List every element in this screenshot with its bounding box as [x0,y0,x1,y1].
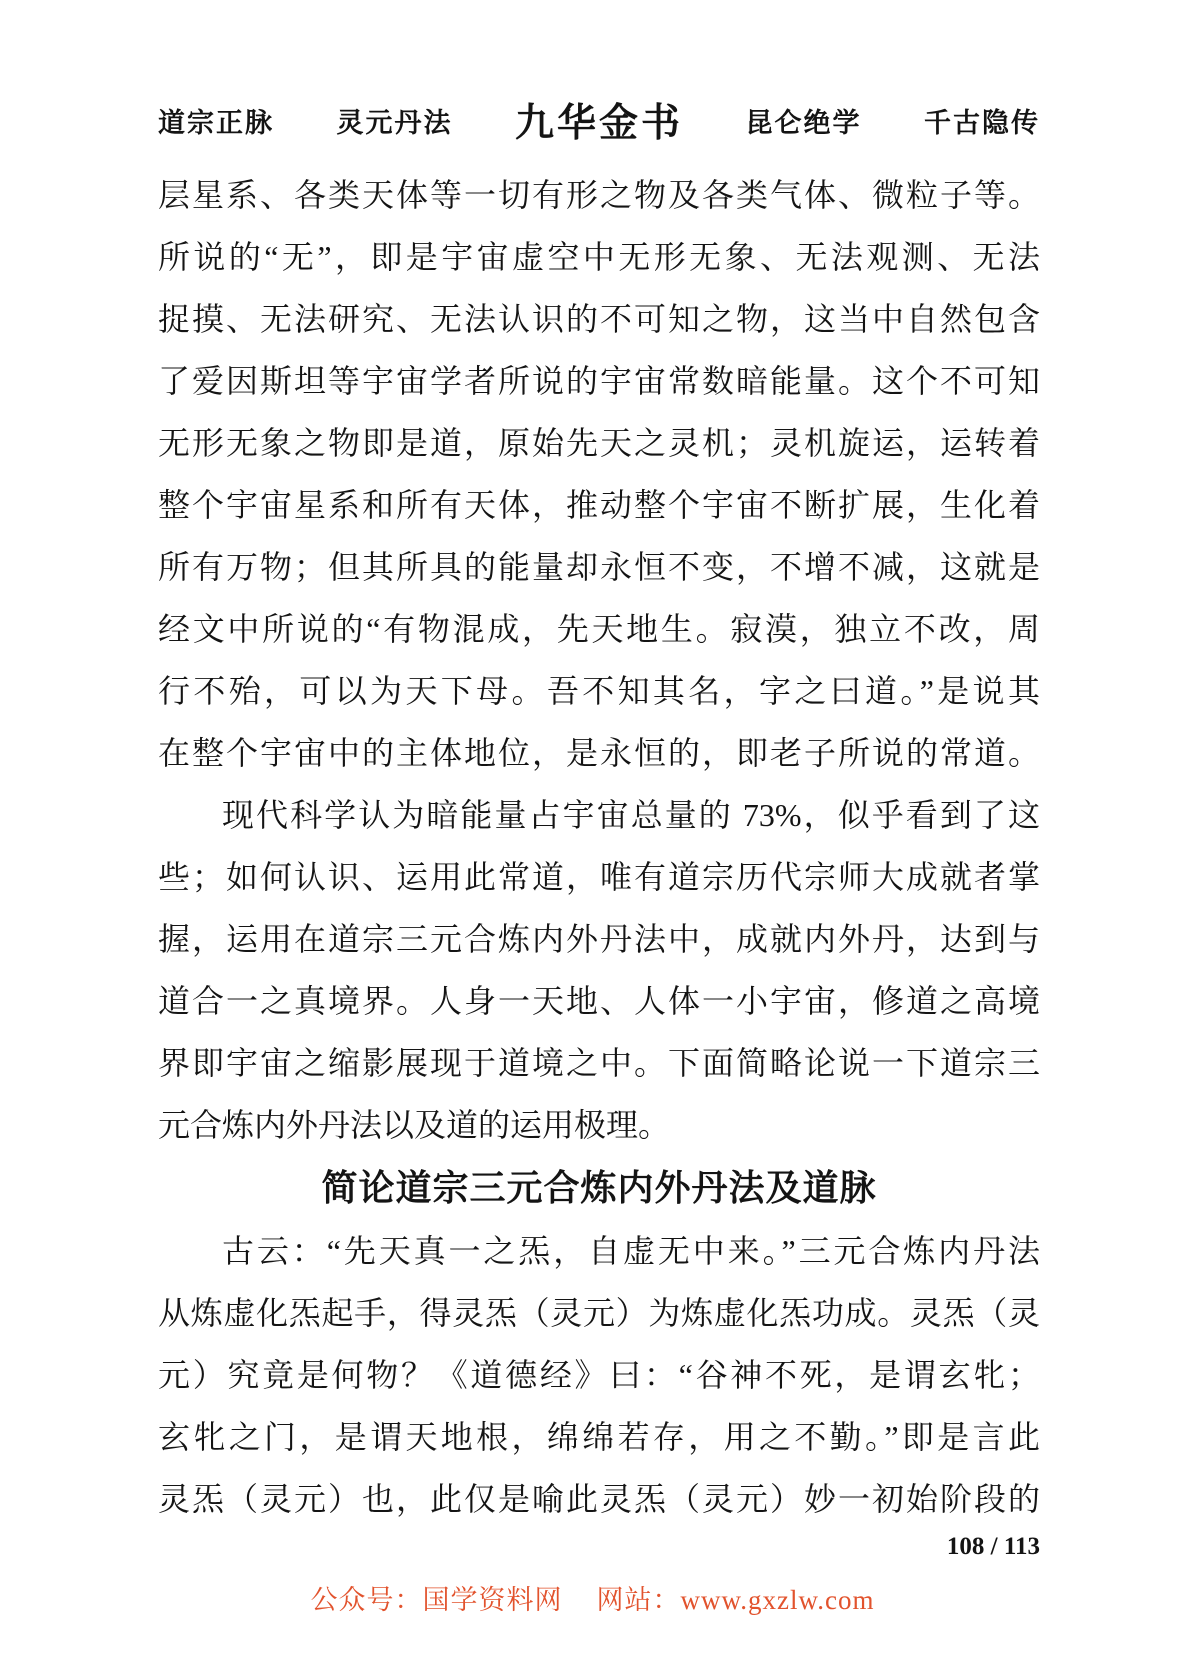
body-line: 元）究竟是何物？《道德经》曰：“谷神不死，是谓玄牝； [158,1344,1040,1406]
body-line: 从炼虚化炁起手，得灵炁（灵元）为炼虚化炁功成。灵炁（灵 [158,1282,1040,1344]
document-page: 道宗正脉 灵元丹法 九华金书 昆仑绝学 千古隐传 层星系、各类天体等一切有形之物… [0,0,1185,1675]
page-number: 108 / 113 [158,1530,1040,1564]
body-line: 在整个宇宙中的主体地位，是永恒的，即老子所说的常道。 [158,722,1040,784]
page-header: 道宗正脉 灵元丹法 九华金书 昆仑绝学 千古隐传 [158,92,1040,148]
body-line: 现代科学认为暗能量占宇宙总量的 73%，似乎看到了这 [158,784,1040,846]
body-line: 握，运用在道宗三元合炼内外丹法中，成就内外丹，达到与 [158,908,1040,970]
section-heading: 简论道宗三元合炼内外丹法及道脉 [158,1156,1040,1220]
body-line: 整个宇宙星系和所有天体，推动整个宇宙不断扩展，生化着 [158,474,1040,536]
body-line: 元合炼内外丹法以及道的运用极理。 [158,1094,1040,1156]
body-line: 道合一之真境界。人身一天地、人体一小宇宙，修道之高境 [158,970,1040,1032]
body-line: 无形无象之物即是道，原始先天之灵机；灵机旋运，运转着 [158,412,1040,474]
body-line: 界即宇宙之缩影展现于道境之中。下面简略论说一下道宗三 [158,1032,1040,1094]
body-line: 玄牝之门，是谓天地根，绵绵若存，用之不勤。”即是言此 [158,1406,1040,1468]
body-line: 些；如何认识、运用此常道，唯有道宗历代宗师大成就者掌 [158,846,1040,908]
header-item-left-2: 灵元丹法 [336,101,452,140]
header-item-right-2: 千古隐传 [924,101,1040,140]
body-line: 灵炁（灵元）也，此仅是喻此灵炁（灵元）妙一初始阶段的 [158,1468,1040,1530]
header-item-right-1: 昆仑绝学 [745,101,861,140]
body-line: 古云：“先天真一之炁，自虚无中来。”三元合炼内丹法 [158,1220,1040,1282]
page-body: 层星系、各类天体等一切有形之物及各类气体、微粒子等。 所说的“无”，即是宇宙虚空… [158,164,1040,1564]
website-label: 网站：www.gxzlw.com [597,1582,875,1618]
wechat-label: 公众号：国学资料网 [311,1582,563,1618]
body-line: 经文中所说的“有物混成，先天地生。寂漠，独立不改，周 [158,598,1040,660]
body-line: 所说的“无”，即是宇宙虚空中无形无象、无法观测、无法 [158,226,1040,288]
header-item-left-1: 道宗正脉 [158,101,274,140]
body-line: 行不殆，可以为天下母。吾不知其名，字之曰道。”是说其 [158,660,1040,722]
book-title: 九华金书 [515,92,683,148]
body-line: 捉摸、无法研究、无法认识的不可知之物，这当中自然包含 [158,288,1040,350]
body-line: 所有万物；但其所具的能量却永恒不变，不增不减，这就是 [158,536,1040,598]
body-line: 了爱因斯坦等宇宙学者所说的宇宙常数暗能量。这个不可知 [158,350,1040,412]
body-line: 层星系、各类天体等一切有形之物及各类气体、微粒子等。 [158,164,1040,226]
footer-note: 公众号：国学资料网 网站：www.gxzlw.com [0,1582,1185,1618]
